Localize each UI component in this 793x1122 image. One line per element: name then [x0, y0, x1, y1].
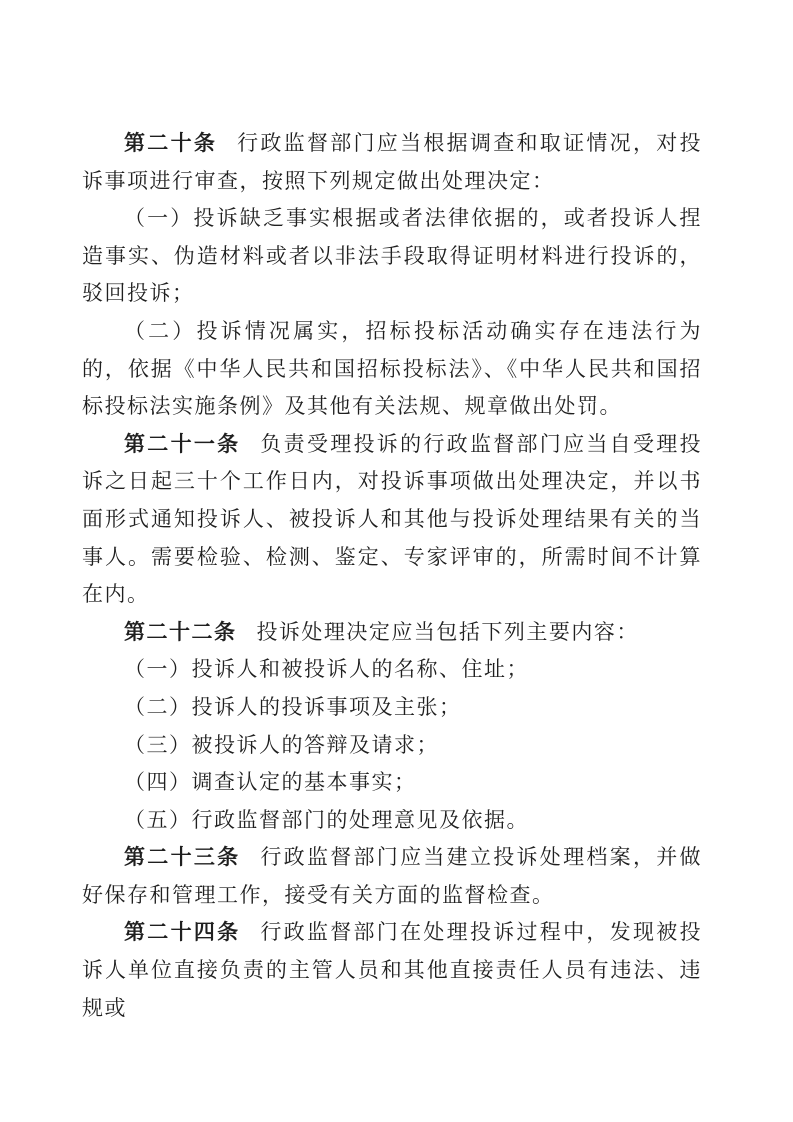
- article-text: （二）投诉人的投诉事项及主张；: [124, 695, 462, 719]
- article-text: （二）投诉情况属实，招标投标活动确实存在违法行为的，依据《中华人民共和国招标投标…: [82, 319, 702, 418]
- article-text: （五）行政监督部门的处理意见及依据。: [124, 808, 529, 832]
- paragraph: （一）投诉缺乏事实根据或者法律依据的，或者投诉人捏造事实、伪造材料或者以非法手段…: [82, 200, 702, 313]
- document-page: 第二十条行政监督部门应当根据调查和取证情况，对投诉事项进行审查，按照下列规定做出…: [0, 0, 793, 1122]
- article-text: 投诉处理决定应当包括下列主要内容：: [256, 620, 639, 644]
- article-text: （三）被投诉人的答辩及请求；: [124, 733, 439, 757]
- article-number: 第二十条: [124, 132, 217, 155]
- paragraph: （五）行政监督部门的处理意见及依据。: [82, 802, 702, 840]
- paragraph: （三）被投诉人的答辩及请求；: [82, 727, 702, 765]
- paragraph: 第二十条行政监督部门应当根据调查和取证情况，对投诉事项进行审查，按照下列规定做出…: [82, 125, 702, 200]
- article-text: 负责受理投诉的行政监督部门应当自受理投诉之日起三十个工作日内，对投诉事项做出处理…: [82, 432, 702, 606]
- article-number: 第二十一条: [124, 433, 240, 456]
- article-text: （一）投诉缺乏事实根据或者法律依据的，或者投诉人捏造事实、伪造材料或者以非法手段…: [82, 206, 702, 305]
- paragraph: （一）投诉人和被投诉人的名称、住址；: [82, 651, 702, 689]
- paragraph: （四）调查认定的基本事实；: [82, 764, 702, 802]
- paragraph: 第二十三条行政监督部门应当建立投诉处理档案，并做好保存和管理工作，接受有关方面的…: [82, 839, 702, 914]
- article-number: 第二十三条: [124, 846, 240, 869]
- paragraph: （二）投诉人的投诉事项及主张；: [82, 689, 702, 727]
- article-text: （四）调查认定的基本事实；: [124, 770, 417, 794]
- paragraph: （二）投诉情况属实，招标投标活动确实存在违法行为的，依据《中华人民共和国招标投标…: [82, 313, 702, 426]
- article-number: 第二十二条: [124, 621, 237, 644]
- paragraph: 第二十四条行政监督部门在处理投诉过程中，发现被投诉人单位直接负责的主管人员和其他…: [82, 914, 702, 1027]
- paragraph: 第二十二条投诉处理决定应当包括下列主要内容：: [82, 614, 702, 652]
- article-number: 第二十四条: [124, 921, 240, 944]
- article-text: （一）投诉人和被投诉人的名称、住址；: [124, 657, 529, 681]
- paragraph: 第二十一条负责受理投诉的行政监督部门应当自受理投诉之日起三十个工作日内，对投诉事…: [82, 426, 702, 614]
- document-body: 第二十条行政监督部门应当根据调查和取证情况，对投诉事项进行审查，按照下列规定做出…: [82, 125, 702, 1027]
